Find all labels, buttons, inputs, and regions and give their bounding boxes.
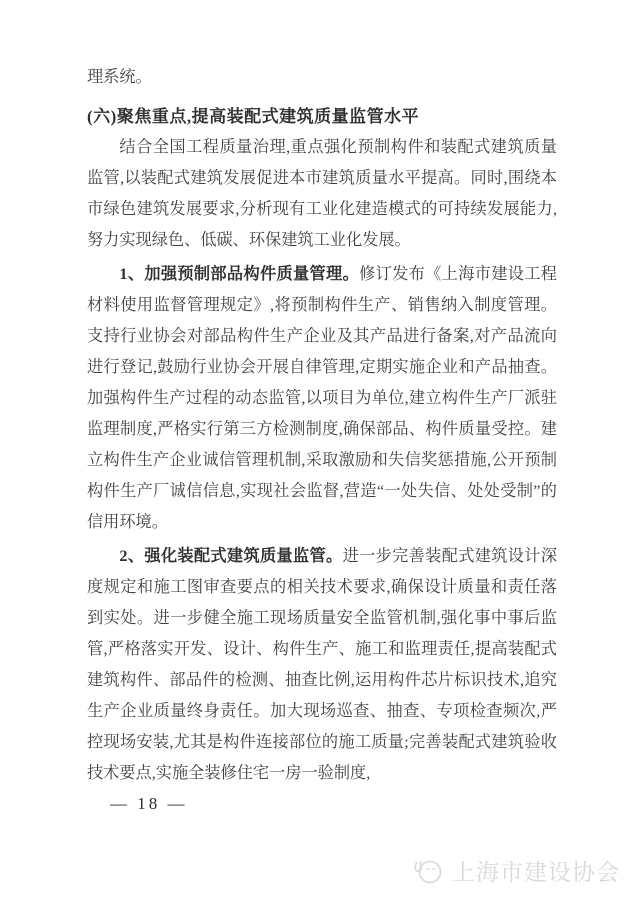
paragraph-continuation: 理系统。 <box>87 62 557 93</box>
paragraph-text: 结合全国工程质量治理,重点强化预制构件和装配式建筑质量监管,以装配式建筑发展促进… <box>87 138 557 249</box>
paragraph-intro: 结合全国工程质量治理,重点强化预制构件和装配式建筑质量监管,以装配式建筑发展促进… <box>87 132 557 256</box>
paragraph-item-2: 2、强化装配式建筑质量监管。进一步完善装配式建筑设计深度规定和施工图审查要点的相… <box>87 541 557 789</box>
document-text-block: 理系统。 (六)聚焦重点,提高装配式建筑质量监管水平 结合全国工程质量治理,重点… <box>87 62 557 789</box>
paragraph-lead-bold: 1、加强预制部品构件质量管理。 <box>119 265 359 283</box>
paragraph-text: 理系统。 <box>87 68 152 86</box>
paragraph-lead-bold: 2、强化装配式建筑质量监管。 <box>119 547 342 565</box>
paragraph-text: 进一步完善装配式建筑设计深度规定和施工图审查要点的相关技术要求,确保设计质量和责… <box>87 547 557 782</box>
section-heading: (六)聚焦重点,提高装配式建筑质量监管水平 <box>87 101 557 132</box>
section-heading-text: (六)聚焦重点,提高装配式建筑质量监管水平 <box>87 107 419 126</box>
paragraph-item-1: 1、加强预制部品构件质量管理。修订发布《上海市建设工程材料使用监督管理规定》,将… <box>87 259 557 538</box>
watermark: 上海市建设协会 <box>411 853 620 887</box>
scanned-document-page: 理系统。 (六)聚焦重点,提高装配式建筑质量监管水平 结合全国工程质量治理,重点… <box>0 0 640 905</box>
paragraph-text: 修订发布《上海市建设工程材料使用监督管理规定》,将预制构件生产、销售纳入制度管理… <box>87 265 557 531</box>
page-number: — 18 — <box>110 794 188 814</box>
association-logo-icon <box>411 853 445 887</box>
watermark-text: 上海市建设协会 <box>452 854 620 887</box>
